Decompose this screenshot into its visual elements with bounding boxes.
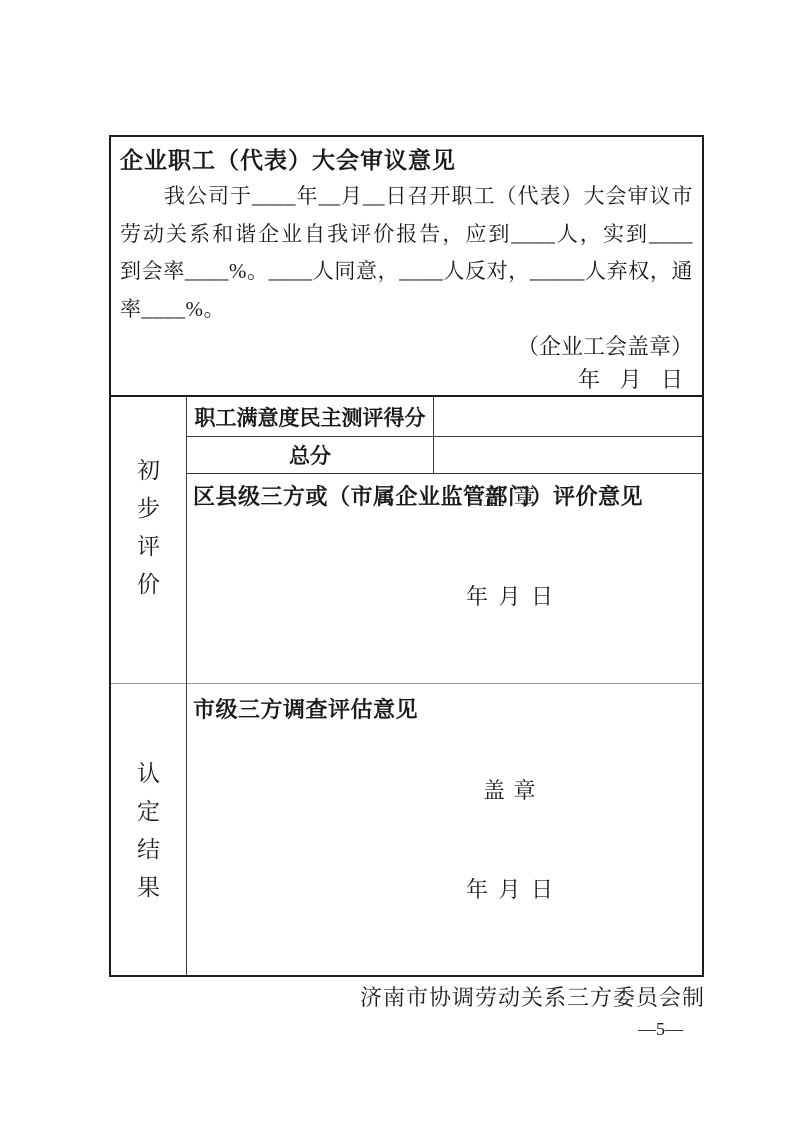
vertical-label-char: 定 [137, 799, 160, 823]
municipal-tripartite-opinion-cell: 市级三方调查评估意见 盖 章 年 月 日 [187, 684, 702, 975]
evaluation-form-table: 企业职工（代表）大会审议意见 我公司于____年__月__日召开职工（代表）大会… [109, 135, 704, 977]
initial-evaluation-vertical-label: 初 步 评 价 [137, 458, 160, 596]
assembly-opinion-title: 企业职工（代表）大会审议意见 [120, 144, 693, 176]
paragraph-line-4: 率____%。 [120, 291, 693, 329]
row-group-initial-evaluation: 初 步 评 价 [111, 397, 186, 684]
total-score-label: 总分 [187, 437, 434, 473]
vertical-label-char: 果 [137, 875, 160, 899]
vertical-label-char: 价 [137, 572, 160, 596]
municipal-seal-block: 盖 章 年 月 日 [466, 708, 553, 972]
row-group-determination-result: 认 定 结 果 [111, 684, 186, 975]
issuer-line: 济南市协调劳动关系三方委员会制 [360, 984, 705, 1012]
satisfaction-score-row: 职工满意度民主测评得分 [187, 397, 702, 437]
district-date-line: 年 月 日 [466, 580, 553, 613]
seal-here-label: 盖 章 [466, 774, 553, 807]
assembly-opinion-paragraph: 我公司于____年__月__日召开职工（代表）大会审议市级 劳动关系和谐企业自我… [120, 178, 693, 328]
row-group-label-column: 初 步 评 价 认 定 结 果 [111, 397, 187, 975]
paragraph-line-1: 我公司于____年__月__日召开职工（代表）大会审议市级 [120, 178, 693, 216]
page-number: —5— [638, 1018, 683, 1040]
evaluation-grid: 初 步 评 价 认 定 结 果 职工满意度 [111, 397, 702, 975]
paragraph-line-2: 劳动关系和谐企业自我评价报告，应到____人，实到____人， [120, 216, 693, 254]
municipal-opinion-title: 市级三方调查评估意见 [187, 684, 702, 723]
assembly-date-line: 年 月 日 [120, 363, 693, 397]
district-opinion-title: 区县级三方或（市属企业监管部门）评价意见 [187, 474, 702, 510]
district-tripartite-opinion-cell: 区县级三方或（市属企业监管部门）评价意见 盖 章 年 月 日 [187, 474, 702, 684]
municipal-date-line: 年 月 日 [466, 873, 553, 906]
vertical-label-char: 认 [137, 761, 160, 785]
satisfaction-score-label: 职工满意度民主测评得分 [187, 397, 434, 436]
evaluation-content-column: 职工满意度民主测评得分 总分 区县级三方或（市属企业监管部门）评价意见 盖 章 … [187, 397, 702, 975]
vertical-label-char: 初 [137, 458, 160, 482]
total-score-row: 总分 [187, 437, 702, 474]
vertical-label-char: 步 [137, 496, 160, 520]
vertical-label-char: 结 [137, 837, 160, 861]
seal-here-label: 盖 章 [466, 481, 553, 514]
union-seal-note: （企业工会盖章） [120, 330, 693, 363]
assembly-opinion-section: 企业职工（代表）大会审议意见 我公司于____年__月__日召开职工（代表）大会… [111, 137, 702, 397]
district-seal-block: 盖 章 年 月 日 [466, 415, 553, 679]
determination-result-vertical-label: 认 定 结 果 [137, 761, 160, 899]
document-page: 企业职工（代表）大会审议意见 我公司于____年__月__日召开职工（代表）大会… [0, 0, 800, 1132]
paragraph-line-3: 到会率____%。____人同意，____人反对，_____人弃权，通过 [120, 253, 693, 291]
vertical-label-char: 评 [137, 534, 160, 558]
